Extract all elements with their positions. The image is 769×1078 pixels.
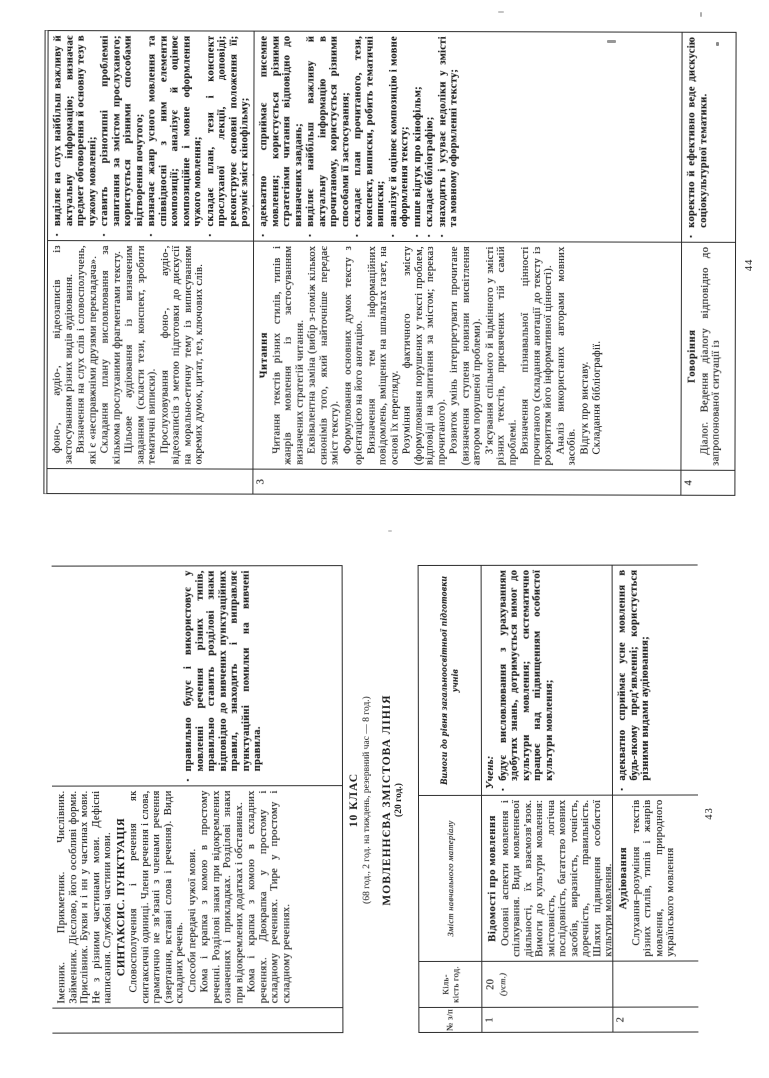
requirement-item: пише відгук про кінофільм; <box>412 36 424 237</box>
paragraph: Розвиток умінь інтерпретувати прочитане … <box>448 246 483 465</box>
row-number-cell: 2 <box>613 1007 698 1031</box>
requirement-item: знаходить і усуває недоліки у змісті та … <box>437 36 461 237</box>
paragraph: Кома і крапка з комою в простому реченні… <box>199 790 245 1003</box>
requirement-item: виділяє найбільш важливу й актуальну інф… <box>305 36 352 237</box>
row-number-cell: 4 <box>681 471 734 495</box>
paragraph: Формулювання основних думок тексту з орі… <box>342 246 366 465</box>
paragraph: Діалог. Ведення діалогу відповідно до за… <box>699 247 723 466</box>
section-heading: Говоріння <box>686 247 698 466</box>
content-cell: фоно-, аудіо-, відеозаписів із застосува… <box>47 241 253 470</box>
requirement-bullets: будує висловлювання з урахуванням здобут… <box>497 570 555 791</box>
scan-speck <box>388 530 392 532</box>
requirement-item: ставить різнотипні проблемні запитання з… <box>99 35 146 236</box>
content-paragraphs: Основні аспекти мовлення і спілкування. … <box>500 800 613 957</box>
requirement-item: адекватно сприймає усне мовлення в будь-… <box>617 570 652 791</box>
requirements-cell: коректно й ефективно веде дискусію соціо… <box>682 33 736 243</box>
section-title: МОВЛЕННЄВА ЗМІСТОВА ЛІНІЯ <box>381 567 394 1033</box>
scan-speck <box>498 11 504 13</box>
scanned-page-43: Іменник. Прикметник. Числівник. Займенни… <box>52 555 765 1034</box>
row-number-cell <box>52 1008 342 1033</box>
table-row-chytannia: 3 Читання Читання текстів різних стилів,… <box>252 32 681 495</box>
requirement-item: правильно будує і використовує у мовленн… <box>183 570 264 781</box>
section-heading: Читання <box>258 246 270 465</box>
paragraph: Словосполучення і речення як синтаксичні… <box>128 790 186 1003</box>
requirements-cell: виділяє на слух найбільш важливу й актуа… <box>48 31 254 242</box>
paragraph: Читання текстів різних стилів, типів і ж… <box>271 246 306 465</box>
header-content: Зміст навчального матеріалу <box>419 796 481 962</box>
content-paragraphs: Словосполучення і речення як синтаксичні… <box>128 790 292 1003</box>
paragraph: Складання плану висловлювання за кільком… <box>99 245 123 464</box>
header-hours: Кіль-кість год. <box>419 962 481 1008</box>
requirements-cell: правильно будує і використовує у мовленн… <box>52 566 342 787</box>
header-num: № з/п <box>419 1008 481 1032</box>
paragraph: Слухання–розуміння текстів різних стилів… <box>631 800 677 957</box>
paragraph: Аналіз використаних авторами мовних засо… <box>555 246 579 465</box>
hours-cell: 20 (уст.) <box>482 962 612 1008</box>
content-paragraphs: фоно-, аудіо-, відеозаписів із застосува… <box>51 245 205 464</box>
hours-note: (уст.) <box>497 966 509 1003</box>
table-row-vidomosti: 1 20 (уст.) Відомості про мовлення Основ… <box>481 566 613 1032</box>
section-heading: Аудіювання <box>618 800 630 957</box>
content-paragraphs: Діалог. Ведення діалогу відповідно до за… <box>699 247 723 466</box>
requirement-item: виділяє на слух найбільш важливу й актуа… <box>52 35 99 236</box>
hours-value: 20 <box>485 979 496 990</box>
row-number-cell: 1 <box>482 1008 612 1032</box>
row-number-cell: 3 <box>253 470 680 495</box>
content-paragraphs: Слухання–розуміння текстів різних стилів… <box>631 800 677 957</box>
table-row-hovorinnia: 4 Говоріння Діалог. Ведення діалогу відп… <box>680 33 735 495</box>
requirement-item: складає план, тези і конспект прослухано… <box>205 35 252 236</box>
requirement-bullets: виділяє на слух найбільш важливу й актуа… <box>52 35 254 237</box>
paragraph: Цільове аудіювання із визначеним завданн… <box>123 245 158 464</box>
chapter-title-block: 10 КЛАС (68 год., 2 год. на тиждень, рез… <box>348 567 405 1033</box>
page-43-reading-surface: Іменник. Прикметник. Числівник. Займенни… <box>52 555 765 1034</box>
content-paragraph: Іменник. Прикметник. Числівник. Займенни… <box>56 791 114 1004</box>
paragraph: фоно-, аудіо-, відеозаписів із застосува… <box>51 245 75 464</box>
scanned-sheet: { "document": { "kind": "scanned curricu… <box>0 0 769 1078</box>
requirements-cell: адекватно сприймає писемне мовлення; кор… <box>254 32 682 243</box>
table-row-syntax: Іменник. Прикметник. Числівник. Займенни… <box>52 566 343 1033</box>
requirement-item: аналізує й оцінює композицію і мовне офо… <box>388 36 412 237</box>
row-number-cell <box>47 469 252 494</box>
paragraph: Визначення тем інформаційних повідомлень… <box>366 246 401 465</box>
paragraph: Розуміння фактичного змісту (формулюванн… <box>401 246 448 465</box>
content-paragraphs: Читання текстів різних стилів, типів і ж… <box>271 246 604 466</box>
page-number: 44 <box>743 33 755 497</box>
grade-title: 10 КЛАС <box>348 567 361 1033</box>
requirement-bullets: правильно будує і використовує у мовленн… <box>183 570 264 781</box>
requirement-bullets: адекватно сприймає усне мовлення в будь-… <box>617 570 652 791</box>
paragraph: Відгук про виставу. <box>579 246 591 465</box>
pupil-label: Учень: <box>485 570 497 789</box>
paragraph: Визначення пізнавальної цінності прочита… <box>519 246 554 465</box>
section-heading: СИНТАКСИС. ПУНКТУАЦІЯ <box>115 790 127 1003</box>
content-cell: Говоріння Діалог. Ведення діалогу відпов… <box>681 243 735 471</box>
content-cell: Читання Читання текстів різних стилів, т… <box>253 242 681 471</box>
requirement-item: визначає жанр усного мовлення та співвід… <box>146 35 204 236</box>
hours-note: (68 год., 2 год. на тиждень, резервний ч… <box>362 567 373 1033</box>
paragraph: Складання бібліографії. <box>591 246 603 465</box>
page-number: 43 <box>704 593 716 1033</box>
requirement-item: складає план прочитаного, тези, конспект… <box>352 36 387 237</box>
page-44-reading-surface: фоно-, аудіо-, відеозаписів із застосува… <box>43 23 766 497</box>
header-requirements: Вимоги до рівня загальноосвітньої підгот… <box>419 566 481 796</box>
paragraph: Еквівалентна заміна (вибір з-поміж кільк… <box>306 246 341 465</box>
scanned-page-44: фоно-, аудіо-, відеозаписів із застосува… <box>43 23 766 497</box>
requirements-cell: Учень: будує висловлювання з урахуванням… <box>482 566 612 796</box>
paragraph: Визначення на слух слів і словосполучень… <box>75 245 99 464</box>
section-heading: Відомості про мовлення <box>487 800 499 957</box>
paragraph: Основні аспекти мовлення і спілкування. … <box>500 800 613 957</box>
curriculum-table-continued: фоно-, аудіо-, відеозаписів із застосува… <box>43 30 736 496</box>
table-row-audiювання: 2 Аудіювання Слухання–розуміння текстів … <box>612 565 699 1031</box>
content-cell: Відомості про мовлення Основні аспекти м… <box>482 796 612 962</box>
content-cell: Аудіювання Слухання–розуміння текстів рі… <box>613 795 698 961</box>
hours-cell <box>613 961 698 1007</box>
requirement-item: будує висловлювання з урахуванням здобут… <box>497 570 555 791</box>
scan-speck <box>700 12 702 17</box>
content-cell: Іменник. Прикметник. Числівник. Займенни… <box>52 786 342 1009</box>
table-row-audiювання-cont: фоно-, аудіо-, відеозаписів із застосува… <box>47 31 253 494</box>
paragraph: Способи передачі чужої мови. <box>186 790 198 1003</box>
previous-table-end: Іменник. Прикметник. Числівник. Займенни… <box>52 565 344 1034</box>
section-hours: (20 год.) <box>394 567 405 1033</box>
speech-line-table: № з/п Кіль-кість год. Зміст навчального … <box>418 564 699 1032</box>
paragraph: Прослуховування фоно-, аудіо-, відеозапи… <box>159 245 206 464</box>
requirement-item: складає бібліографію; <box>424 36 436 237</box>
paragraph: З’ясування спільного й відмінного у зміс… <box>484 246 519 465</box>
table-header-row: № з/п Кіль-кість год. Зміст навчального … <box>419 566 482 1032</box>
requirement-item: адекватно сприймає писемне мовлення; кор… <box>258 36 305 237</box>
requirement-bullets: адекватно сприймає писемне мовлення; кор… <box>258 36 460 238</box>
paragraph: Кома і крапка з комою в складних речення… <box>246 790 292 1003</box>
requirements-cell: адекватно сприймає усне мовлення в будь-… <box>613 565 698 795</box>
requirement-item: коректно й ефективно веде дискусію соціо… <box>686 37 710 238</box>
requirement-bullets: коректно й ефективно веде дискусію соціо… <box>686 37 710 238</box>
